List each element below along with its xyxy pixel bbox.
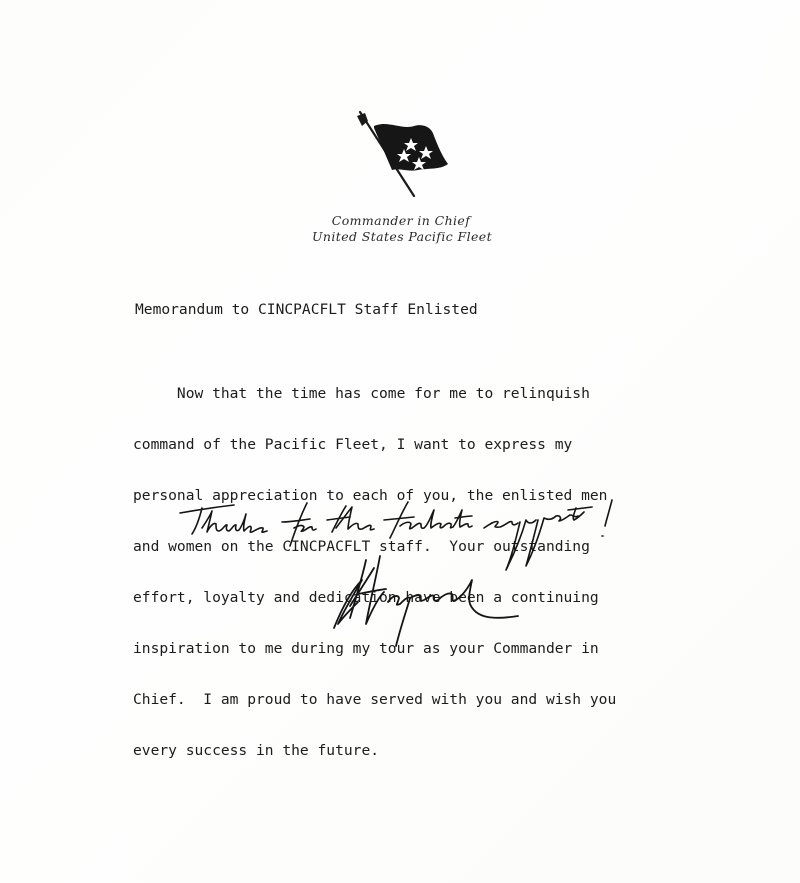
letterhead-subtitle: United States Pacific Fleet xyxy=(2,229,800,244)
memo-body-line: every success in the future. xyxy=(133,742,616,759)
letter-page: Commander in Chief United States Pacific… xyxy=(0,0,800,883)
memo-body-line: Now that the time has come for me to rel… xyxy=(133,385,616,402)
memo-body-line: command of the Pacific Fleet, I want to … xyxy=(133,436,616,453)
memo-body-line: Chief. I am proud to have served with yo… xyxy=(133,691,616,708)
memo-heading: Memorandum to CINCPACFLT Staff Enlisted xyxy=(135,301,478,318)
handwritten-note xyxy=(180,500,612,570)
letterhead-title: Commander in Chief xyxy=(1,213,800,228)
four-star-flag-icon xyxy=(352,106,452,200)
signature xyxy=(334,556,518,646)
handwritten-area xyxy=(172,498,672,648)
